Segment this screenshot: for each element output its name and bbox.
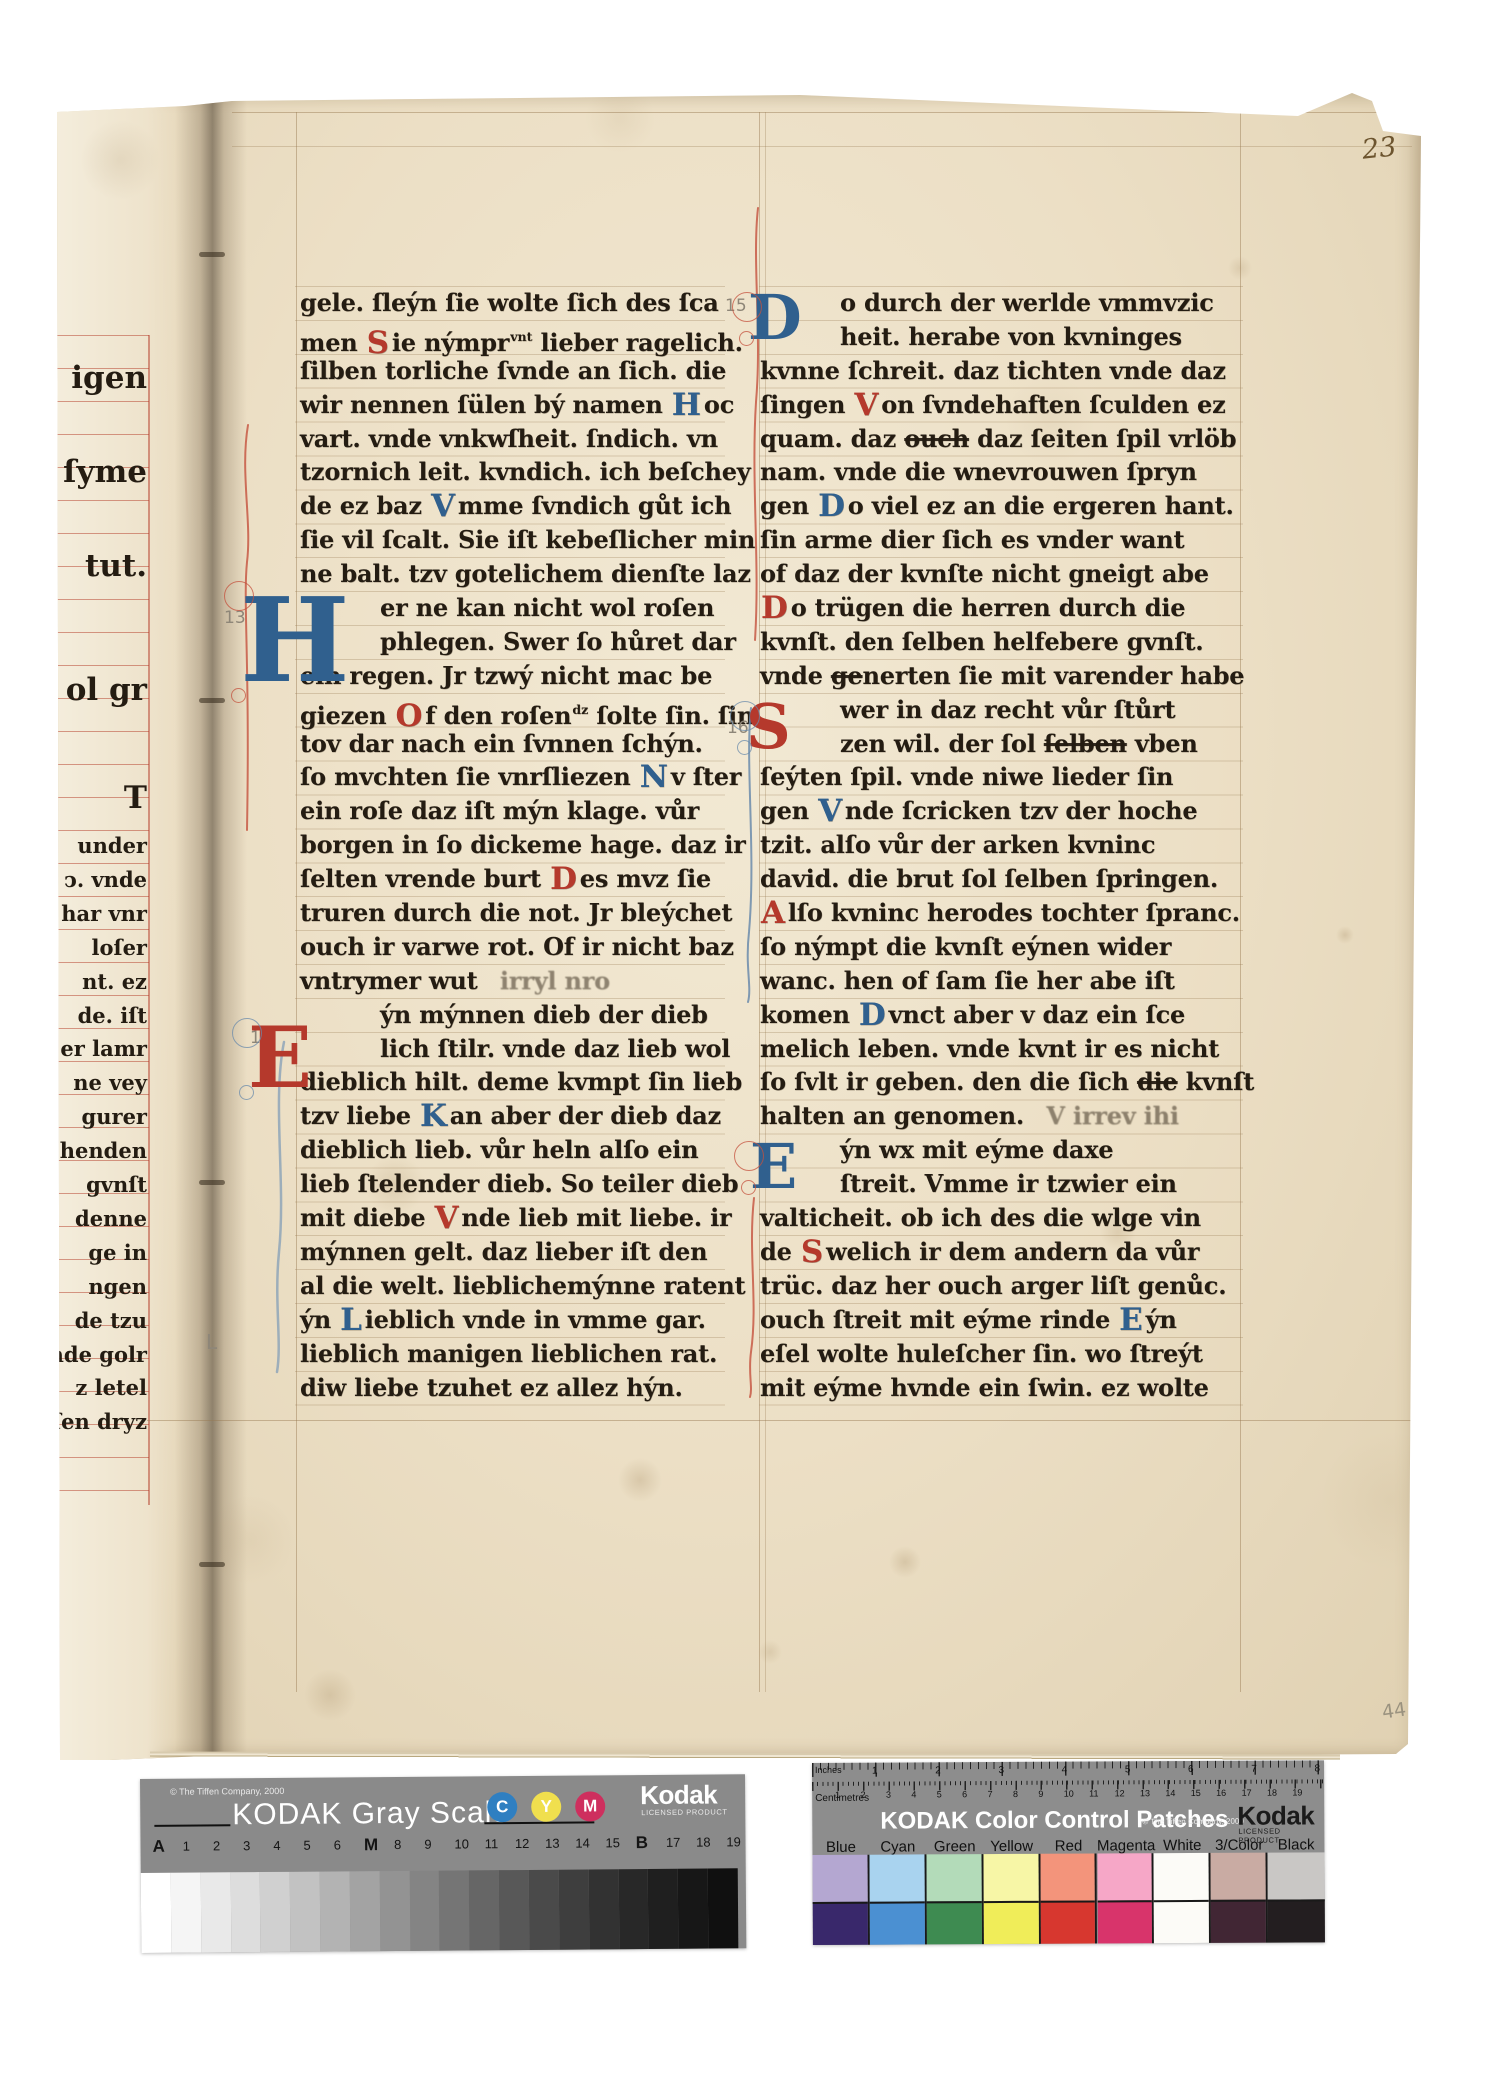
step-label: A [152,1837,164,1857]
step-label: 14 [575,1835,590,1850]
text-line: ſin arme dier ſich es vnder want [760,523,1242,557]
quire-mark: L [206,1330,217,1354]
inline-initial: V [854,387,878,423]
cm-number: 7 [988,1789,993,1799]
text-line: wer in daz recht vůr ſtůrt [760,693,1242,727]
top-margin-rule [232,112,1412,113]
decorated-initial-D: D [748,282,802,354]
patch-label-Magenta: Magenta [1097,1837,1154,1854]
inline-initial: E [1119,1302,1142,1338]
leaf-fragment: gurer [82,1104,147,1129]
text-line: tzornich leit. kvndich. ich beſchey [300,455,730,489]
interlinear-gloss: vnt [510,329,532,344]
leaf-fragment: ne vey [73,1070,147,1095]
patch-label-3/Color: 3/Color [1211,1837,1268,1854]
text-line: vart. vnde vnkwſheit. ſndich. vn [300,422,730,456]
leaf-fragment: henden [60,1138,147,1163]
text-line: ſo mvchten ſie vnrſliezen Nv ſter [300,760,730,794]
leaf-fragment: gvnſt [86,1172,147,1197]
gray-card-copyright: © The Tiffen Company, 2000 [170,1786,284,1797]
cm-number: 8 [1013,1789,1018,1799]
patch-dark [870,1901,925,1944]
decorated-initial-S: S [746,691,791,763]
patch-light [1097,1853,1152,1900]
patch-label-Green: Green [926,1838,983,1855]
bottom-margin-rule [147,1420,1417,1421]
cm-number: 10 [1064,1789,1074,1799]
cm-number: 13 [1140,1788,1150,1798]
leaf-fragment: under [77,833,147,858]
text-line: ouch ſtreit mit eýme rinde Eýn [760,1303,1242,1337]
step-label: M [364,1835,378,1855]
text-line: quam. daz ouch daz ſeiten ſpil vrlöb [760,422,1242,456]
text-line: zen wil. der ſol ſelben vben [760,727,1242,761]
struck-word: ouch [904,424,969,453]
cm-number: 5 [937,1789,942,1799]
text-line: Do trügen die herren durch die [760,591,1242,625]
pencil-folio-number: 44 [1381,1698,1408,1723]
step-label: 4 [273,1838,280,1853]
cm-number: 1 [835,1790,840,1800]
patch-light [926,1854,981,1901]
step-label: 9 [424,1837,431,1852]
leaf-fragment: ol gr [66,672,147,708]
text-line: mýnnen gelt. daz lieber iſt den [300,1235,730,1269]
step-label: 11 [485,1836,499,1851]
inline-initial: D [550,861,577,897]
step-label: 6 [334,1837,341,1852]
top-margin-rule-2 [232,146,1412,147]
kodak-gray-scale-card: © The Tiffen Company, 2000 KODAK Gray Sc… [140,1774,746,1953]
text-line: nam. vnde die wnevrouwen ſpryn [760,455,1242,489]
sewing-station [199,1562,225,1567]
patch-column-Black [1268,1852,1325,1942]
leaf-fragment: de. iſt [78,1003,147,1028]
inline-initial: A [761,895,785,931]
binding-gutter [175,92,247,1760]
gray-step [350,1871,380,1951]
patch-column-Blue [812,1855,869,1945]
cm-number: 6 [962,1789,967,1799]
inline-initial: D [859,997,886,1033]
color-card-copyright: © The Tiffen Company, 2000 [1142,1817,1244,1827]
left-column-vertical-rule [296,112,297,1692]
gray-step [141,1873,171,1953]
text-line: ein regen. Jr tzwý nicht mac be [300,659,730,693]
text-line: of daz der kvnſte nicht gneigt abe [760,557,1242,591]
leaf-fragment: tut. [85,548,147,584]
gray-step [529,1870,559,1950]
text-line: valticheit. ob ich des die wlge vin [760,1201,1242,1235]
gray-step [499,1870,529,1950]
step-label: 12 [515,1836,530,1851]
gray-step [648,1869,678,1949]
cm-number: 9 [1038,1789,1043,1799]
cm-number: 15 [1191,1788,1201,1798]
bleed-through-text: irryl nro [500,966,610,995]
text-line: ýn wx mit eýme daxe [760,1133,1242,1167]
struck-word: ſelben [1044,729,1127,758]
step-label: 15 [605,1835,620,1850]
step-label: 17 [666,1835,681,1850]
leaf-fragment: ↄ. vnde [64,867,147,892]
step-label: 1 [183,1839,190,1854]
cm-number: 11 [1089,1789,1098,1799]
patch-dark [1268,1899,1325,1942]
text-line: wir nennen ſülen bý namen Hoc [300,388,730,422]
sewing-station [199,252,225,257]
text-line: wanc. hen of ſam ſie her abe iſt [760,964,1242,998]
gray-step [171,1873,201,1953]
text-line: mit diebe Vnde lieb mit liebe. ir [300,1201,730,1235]
patch-label-White: White [1154,1837,1211,1854]
step-label: 10 [454,1836,469,1851]
step-label: 18 [696,1835,711,1850]
patch-label-Black: Black [1268,1836,1325,1853]
step-label: B [636,1833,648,1853]
patch-column-Yellow [983,1854,1040,1944]
gray-step [678,1869,708,1949]
leaf-fragment: ge in [88,1240,147,1265]
text-line: ſeýten ſpil. vnde niwe lieder ſin [760,760,1242,794]
gray-step [290,1872,320,1952]
cm-number: 4 [911,1789,916,1799]
cm-number: 14 [1165,1788,1175,1798]
text-line: diw liebe tzuhet ez allez hýn. [300,1371,730,1405]
text-line: lieb ſtelender dieb. So teiler dieb [300,1167,730,1201]
leaf-fragment: ngen [88,1274,147,1299]
cm-number: 2 [861,1790,866,1800]
text-line: er ne kan nicht wol roſen [300,591,730,625]
patch-light [1268,1852,1325,1899]
text-line: mit eýme hvnde ein ſwin. ez wolte [760,1371,1242,1405]
step-label: 19 [726,1834,741,1849]
step-label: 3 [243,1838,250,1853]
leaf-fragment: nde golr [49,1342,147,1367]
text-line: dieblich hilt. deme kvmpt ſin lieb [300,1065,730,1099]
text-line: dieblich lieb. vůr heln alſo ein [300,1133,730,1167]
text-line: gen Vnde ſcricken tzv der hoche [760,794,1242,828]
patch-light [869,1854,924,1901]
sewing-station [199,1180,225,1185]
text-line: trüc. daz her ouch arger liſt genůc. [760,1269,1242,1303]
inline-initial: S [801,1234,823,1270]
kodak-logo: Kodak [640,1779,717,1811]
gray-step [409,1871,439,1951]
patch-column-White [1154,1853,1211,1943]
step-label: 5 [303,1838,310,1853]
inline-initial: H [672,387,701,423]
text-line: de Swelich ir dem andern da vůr [760,1235,1242,1269]
cm-number: 17 [1242,1788,1252,1798]
inline-initial: D [761,590,788,626]
leaf-fragment: ſen dryz [52,1409,147,1434]
leaf-fragment: loſer [92,935,147,960]
title-rule-left [154,1824,230,1827]
text-line: gele. ſleýn ſie wolte ſich des ſca [300,286,730,320]
cm-number: 16 [1216,1788,1226,1798]
gray-step-wedge [141,1868,739,1953]
leaf-fragment: er lamr [60,1036,147,1061]
patch-dark [1211,1900,1266,1943]
inline-initial: V [818,793,842,829]
patch-dark [1097,1900,1152,1943]
gray-step [708,1868,738,1948]
leaf-fragment: T [124,780,147,816]
gray-step [230,1872,260,1952]
text-line: vnde generten ſie mit varender habe [760,659,1242,693]
left-text-column: gele. ſleýn ſie wolte ſich des ſcamen Si… [300,286,730,1404]
text-line: men Sie nýmprvnt lieber ragelich. [300,320,730,354]
text-line: david. die brut ſol ſelben ſpringen. [760,862,1242,896]
inline-initial: D [818,488,845,524]
text-line: ſtreit. Vmme ir tzwier ein [760,1167,1242,1201]
patch-label-Blue: Blue [812,1839,869,1856]
inch-number: 3 [998,1765,1004,1776]
inch-number: 2 [935,1765,941,1776]
text-line: ýn Lieblich vnde in vmme gar. [300,1303,730,1337]
gray-step [618,1869,648,1949]
inch-number: 1 [872,1766,878,1777]
patch-dark [983,1901,1038,1944]
interlinear-gloss: dz [572,702,588,717]
text-line: truren durch die not. Jr bleýchet [300,896,730,930]
gray-step [379,1871,409,1951]
red-ruling-vertical [148,335,150,1505]
sewing-station [199,698,225,703]
text-line: ſie vil ſcalt. Sie iſt kebeſlicher min [300,523,730,557]
inline-initial: V [435,1200,459,1236]
cm-number: 19 [1292,1787,1302,1797]
text-line: komen Dvnct aber v daz ein ſce [760,998,1242,1032]
inch-number: 8 [1314,1763,1320,1774]
text-line: tzv liebe Kan aber der dieb daz [300,1099,730,1133]
patch-light [812,1855,867,1902]
gray-step [200,1872,230,1952]
patch-dark [1154,1900,1209,1943]
color-patches [812,1852,1324,1945]
patch-light [1154,1853,1209,1900]
folio-number-ink: 23 [1360,131,1397,165]
step-label: 8 [394,1837,401,1852]
cym-circles: CYM [140,1774,745,1779]
patch-light [1211,1853,1266,1900]
text-line: lich ſtilr. vnde daz lieb wol [300,1032,730,1066]
patch-dark [1040,1901,1095,1944]
leaf-fragment: igen [71,360,147,396]
patch-light [983,1854,1038,1901]
patch-label-Red: Red [1040,1838,1097,1855]
text-line: eſel wolte huleſcher ſin. wo ſtreýt [760,1337,1242,1371]
gray-step [559,1869,589,1949]
leaf-fragment: z letel [75,1375,147,1400]
gray-step [439,1870,469,1950]
inch-number: 4 [1062,1765,1068,1776]
text-line: ouch ir varwe rot. Of ir nicht baz [300,930,730,964]
text-line: ſo nýmpt die kvnſt eýnen wider [760,930,1242,964]
manuscript-spread: igenſymetut.ol grTunderↄ. vndehar vnrloſ… [57,92,1421,1760]
leaf-fragment: denne [75,1206,147,1231]
step-label: 13 [545,1836,560,1851]
inch-number: 6 [1188,1764,1194,1775]
patch-dark [813,1902,868,1945]
text-line: halten an genomen. V irrev ihi [760,1099,1242,1133]
gray-step-labels: A123456M89101112131415B171819 [140,1774,745,1779]
gray-step [320,1871,350,1951]
color-dot-Y: Y [531,1792,561,1822]
leaf-fragment: har vnr [61,901,147,926]
kodak-licensed-product: LICENSED PRODUCT [641,1807,727,1817]
text-line: lieblich manigen lieblichen rat. [300,1337,730,1371]
text-line: kvnſt. den ſelben helfebere gvnſt. [760,625,1242,659]
inline-initial: V [431,488,455,524]
patch-column-Cyan [869,1854,926,1944]
patch-column-Green [926,1854,983,1944]
inches-label: Inches [815,1765,842,1775]
text-line: o durch der werlde vmmvzic [760,286,1242,320]
text-line: heit. herabe von kvninges [760,320,1242,354]
patch-light [1040,1854,1095,1901]
patch-column-Red [1040,1854,1097,1944]
leaf-fragment: ſyme [63,454,147,490]
leaf-fragment: de tzu [75,1308,147,1333]
text-line: al die welt. lieblichemýnne ratent [300,1269,730,1303]
text-line: gen Do viel ez an die ergeren hant. [760,489,1242,523]
patch-column-3/Color [1211,1853,1268,1943]
patch-column-Magenta [1097,1853,1154,1943]
text-line: tov dar nach ein ſvnnen ſchýn. [300,727,730,761]
text-line: ein roſe daz iſt mýn klage. vůr [300,794,730,828]
inline-initial: N [640,759,668,795]
gray-step [469,1870,499,1950]
gray-step [260,1872,290,1952]
text-line: ſelten vrende burt Des mvz ſie [300,862,730,896]
inline-initial: L [340,1302,362,1338]
inch-number: 5 [1125,1764,1131,1775]
text-line: giezen Of den roſendz ſolte ſin. ſin [300,693,730,727]
decorated-initial-E: E [248,1008,312,1108]
cm-number: 3 [886,1790,891,1800]
leaf-fragment: nt. ez [82,969,147,994]
text-line: phlegen. Swer ſo hůret dar [300,625,730,659]
bleed-through-text: V irrev ihi [1046,1101,1178,1130]
right-text-column: o durch der werlde vmmvzicheit. herabe v… [760,286,1242,1404]
text-line: vntrymer wut irryl nro [300,964,730,998]
patch-label-Yellow: Yellow [983,1838,1040,1855]
patch-dark [927,1901,982,1944]
decorated-initial-E: E [750,1131,797,1203]
inch-number: 7 [1251,1764,1257,1775]
text-line: kvnne ſchreit. daz tichten vnde daz [760,354,1242,388]
inline-initial: K [420,1098,447,1134]
text-line: borgen in ſo dickeme hage. daz ir [300,828,730,862]
facing-leaf-edge: igenſymetut.ol grTunderↄ. vndehar vnrloſ… [57,92,177,1760]
step-label: 2 [213,1838,220,1853]
text-line: ſilben torliche ſvnde an ſich. die [300,354,730,388]
cm-number: 18 [1267,1788,1277,1798]
text-line: tzit. alſo vůr der arken kvninc [760,828,1242,862]
cm-number: 12 [1115,1788,1125,1798]
color-dot-M: M [575,1791,605,1821]
gray-step [588,1869,618,1949]
decorated-initial-H: H [240,571,350,711]
struck-word: ge [831,661,863,690]
color-dot-C: C [487,1792,517,1822]
text-line: melich leben. vnde kvnt ir es nicht [760,1032,1242,1066]
patch-label-Cyan: Cyan [869,1838,926,1855]
text-line: Alſo kvninc herodes tochter ſpranc. [760,896,1242,930]
text-line: de ez baz Vmme ſvndich gůt ich [300,489,730,523]
struck-word: die [1137,1067,1178,1096]
text-line: ýn mýnnen dieb der dieb [300,998,730,1032]
text-line: ſo ſvlt ir geben. den die ſich die kvnſt [760,1065,1242,1099]
text-line: ne balt. tzv gotelichem dienſte laz [300,557,730,591]
gray-card-title: KODAK Gray Scale [232,1796,510,1832]
kodak-color-control-card: Inches Centimetres 12345678 123456789101… [812,1760,1325,1945]
text-line: ſingen Von ſvndehaften ſculden ez [760,388,1242,422]
